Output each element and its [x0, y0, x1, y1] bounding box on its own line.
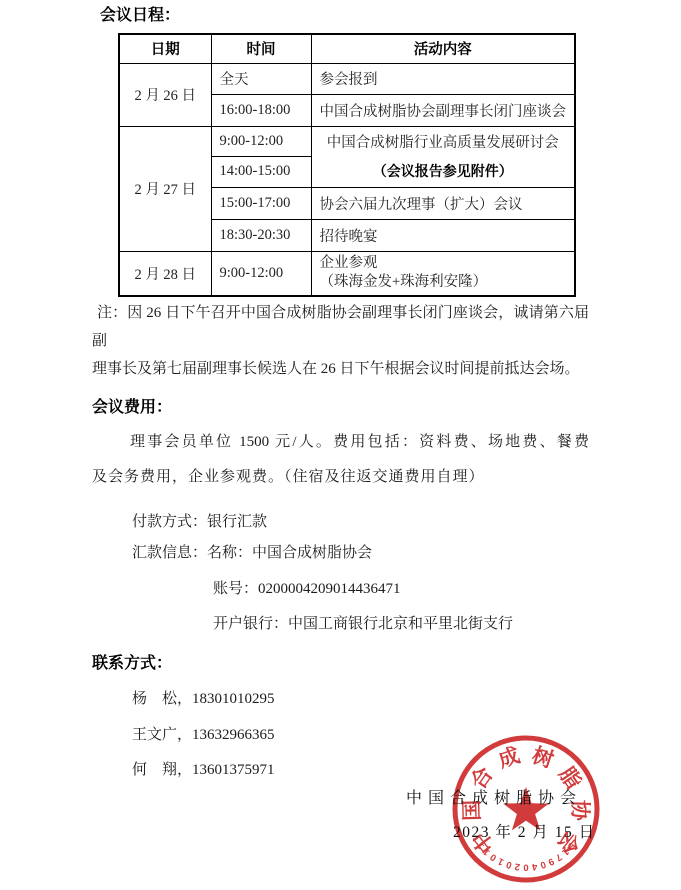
seal-digit: 4: [530, 861, 538, 873]
document-page: 会议日程： 日期 时间 活动内容 2 月 26 日 全天 参会报到 16:00-…: [0, 0, 681, 890]
payment-method: 付款方式：银行汇款: [132, 511, 589, 533]
seal-ring-char: 树: [529, 743, 556, 772]
seminar-title: 中国合成树脂行业高质量发展研讨会: [312, 133, 575, 153]
contact-line: 杨 松，18301010295: [132, 688, 589, 710]
seal-digit: 0: [505, 858, 513, 870]
cell-time-900-1200-visit: 9:00-12:00: [211, 251, 311, 296]
cell-activity-company-visit: 企业参观 （珠海金发+珠海利安隆）: [311, 251, 575, 296]
schedule-table: 日期 时间 活动内容 2 月 26 日 全天 参会报到 16:00-18:00 …: [118, 33, 576, 297]
fee-description-line2: 及会务费用，企业参观费。（住宿及往返交通费用自理）: [92, 466, 589, 488]
visit-line2: （珠海金发+珠海利安隆）: [320, 273, 575, 292]
official-seal: 中 国 合 成 树 脂 协 会 1 1 0 1 0 2 0 4 0 9 7 1 …: [451, 734, 601, 884]
seal-digit: 2: [514, 861, 521, 873]
cell-activity-registration: 参会报到: [311, 63, 575, 94]
bank-name: 开户银行：中国工商银行北京和平里北街支行: [213, 613, 589, 635]
cell-time-1500-1700: 15:00-17:00: [211, 187, 311, 219]
cell-activity-closed-meeting: 中国合成树脂协会副理事长闭门座谈会: [311, 94, 575, 126]
col-header-activity: 活动内容: [311, 34, 575, 63]
cell-date-feb27: 2 月 27 日: [119, 126, 211, 251]
schedule-note: 注：因 26 日下午召开中国合成树脂协会副理事长闭门座谈会，诚请第六届副 理事长…: [92, 299, 589, 383]
schedule-header-row: 日期 时间 活动内容: [119, 34, 575, 63]
note-line1: 注：因 26 日下午召开中国合成树脂协会副理事长闭门座谈会，诚请第六届副: [92, 299, 589, 355]
signature-organization: 中国合成树脂协会: [406, 785, 582, 808]
account-number: 账号：0200004209014436471: [213, 578, 589, 600]
cell-time-1400-1500: 14:00-15:00: [211, 156, 311, 187]
fees-heading: 会议费用：: [92, 398, 589, 418]
note-line2: 理事长及第七届副理事长候选人在 26 日下午根据会议时间提前抵达会场。: [92, 355, 589, 383]
cell-time-1830-2030: 18:30-20:30: [211, 219, 311, 251]
cell-time-1600-1800: 16:00-18:00: [211, 94, 311, 126]
contact-heading: 联系方式：: [92, 654, 589, 674]
seal-digit: 9: [546, 855, 556, 867]
cell-date-feb28: 2 月 28 日: [119, 251, 211, 296]
cell-time-900-1200: 9:00-12:00: [211, 126, 311, 156]
visit-line1: 企业参观: [320, 254, 575, 273]
table-row: 2 月 28 日 9:00-12:00 企业参观 （珠海金发+珠海利安隆）: [119, 251, 575, 296]
seminar-attachment-note: （会议报告参见附件）: [312, 162, 575, 180]
cell-activity-banquet: 招待晚宴: [311, 219, 575, 251]
seal-digit: 0: [539, 858, 547, 870]
document-content: 会议日程： 日期 时间 活动内容 2 月 26 日 全天 参会报到 16:00-…: [0, 0, 589, 781]
seal-ring-char: 成: [495, 743, 522, 772]
signature-date: 2023 年 2 月 15 日: [453, 820, 596, 842]
table-row: 2 月 27 日 9:00-12:00 中国合成树脂行业高质量发展研讨会 （会议…: [119, 126, 575, 156]
remittance-info: 汇款信息：名称：中国合成树脂协会: [132, 542, 589, 564]
fee-description-line1: 理事会员单位 1500 元/人。费用包括：资料费、场地费、餐费: [92, 431, 589, 453]
col-header-time: 时间: [211, 34, 311, 63]
cell-activity-seminar: 中国合成树脂行业高质量发展研讨会 （会议报告参见附件）: [311, 126, 575, 187]
table-row: 2 月 26 日 全天 参会报到: [119, 63, 575, 94]
schedule-heading: 会议日程：: [100, 6, 589, 26]
seal-digit: 0: [523, 862, 528, 873]
col-header-date: 日期: [119, 34, 211, 63]
cell-date-feb26: 2 月 26 日: [119, 63, 211, 126]
cell-activity-council-meeting: 协会六届九次理事（扩大）会议: [311, 187, 575, 219]
cell-time-allday: 全天: [211, 63, 311, 94]
